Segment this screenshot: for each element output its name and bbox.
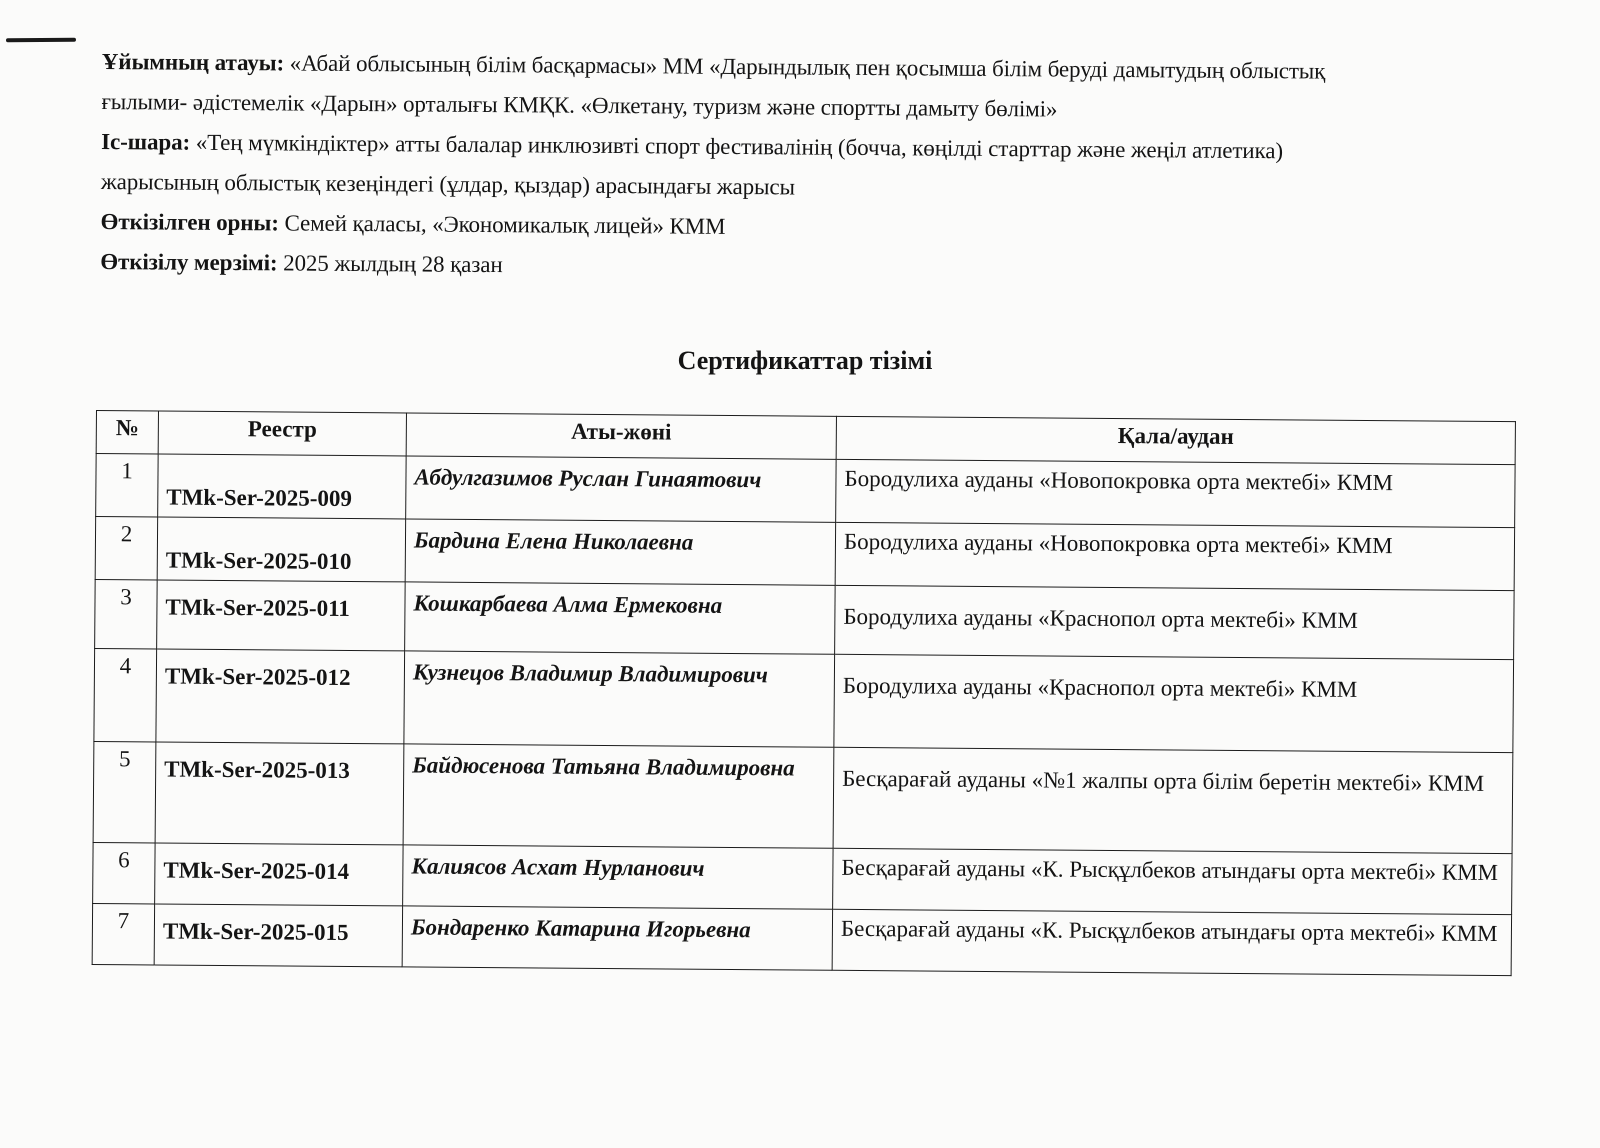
city-cell: Бесқарағай ауданы «К. Рысқұлбеков атында… xyxy=(833,848,1512,914)
document-header: Ұйымның атауы: «Абай облысының білім бас… xyxy=(100,42,1572,294)
document-title: Сертификаттар тізімі xyxy=(0,346,1600,376)
column-header-registry: Реестр xyxy=(158,411,406,456)
participant-name: Калиясов Асхат Нурланович xyxy=(411,845,824,885)
participant-name: Бардина Елена Николаевна xyxy=(414,520,827,560)
row-number: 1 xyxy=(96,454,158,517)
city-cell: Бесқарағай ауданы «№1 жалпы орта білім б… xyxy=(833,747,1513,853)
city-cell: Бородулиха ауданы «Краснопол орта мектеб… xyxy=(835,585,1515,659)
certificates-table-wrap: № Реестр Аты-жөні Қала/аудан 1 TMk-Ser-2… xyxy=(92,410,1516,976)
registry-id: TMk-Ser-2025-009 xyxy=(166,455,397,516)
column-header-name: Аты-жөні xyxy=(406,413,836,459)
name-cell: Байдюсенова Татьяна Владимировна xyxy=(403,744,834,848)
school-district: Бесқарағай ауданы «№1 жалпы орта білім б… xyxy=(842,748,1504,800)
registry-cell: TMk-Ser-2025-013 xyxy=(155,742,404,845)
school-district: Бородулиха ауданы «Новопокровка орта мек… xyxy=(844,460,1506,500)
registry-id: TMk-Ser-2025-010 xyxy=(166,518,397,579)
column-header-city: Қала/аудан xyxy=(836,416,1515,464)
row-number: 4 xyxy=(94,648,157,741)
school-district: Бородулиха ауданы «Краснопол орта мектеб… xyxy=(843,586,1505,638)
date-text: 2025 жылдың 28 қазан xyxy=(277,250,502,277)
row-number: 2 xyxy=(95,517,157,580)
registry-id: TMk-Ser-2025-012 xyxy=(165,650,396,695)
registry-cell: TMk-Ser-2025-015 xyxy=(154,904,402,967)
school-district: Бородулиха ауданы «Новопокровка орта мек… xyxy=(844,523,1506,563)
organization-text-1: «Абай облысының білім басқармасы» ММ «Да… xyxy=(284,50,1325,83)
table-row: 2 TMk-Ser-2025-010 Бардина Елена Николае… xyxy=(95,517,1514,591)
table-row: 7 TMk-Ser-2025-015 Бондаренко Катарина И… xyxy=(92,903,1511,975)
name-cell: Кошкарбаева Алма Ермековна xyxy=(405,582,836,654)
registry-id: TMk-Ser-2025-014 xyxy=(163,844,394,889)
event-text-1: «Тең мүмкіндіктер» атты балалар инклюзив… xyxy=(190,130,1283,164)
registry-id: TMk-Ser-2025-011 xyxy=(165,581,396,626)
name-cell: Бардина Елена Николаевна xyxy=(405,519,835,585)
city-cell: Бородулиха ауданы «Новопокровка орта мек… xyxy=(835,522,1514,590)
school-district: Бородулиха ауданы «Краснопол орта мектеб… xyxy=(843,655,1505,707)
school-district: Бесқарағай ауданы «К. Рысқұлбеков атында… xyxy=(841,910,1503,950)
row-number: 3 xyxy=(95,579,158,648)
city-cell: Бородулиха ауданы «Краснопол орта мектеб… xyxy=(834,654,1514,752)
venue-label: Өткізілген орны: xyxy=(100,209,278,235)
row-number: 7 xyxy=(92,903,154,964)
organization-text-2: ғылыми- әдістемелік «Дарын» орталығы КМҚ… xyxy=(101,89,1057,122)
participant-name: Байдюсенова Татьяна Владимировна xyxy=(412,744,825,784)
venue-text: Семей қаласы, «Экономикалық лицей» КММ xyxy=(279,210,726,239)
participant-name: Кошкарбаева Алма Ермековна xyxy=(413,583,826,623)
table-row: 5 TMk-Ser-2025-013 Байдюсенова Татьяна В… xyxy=(93,741,1513,853)
name-cell: Абдулгазимов Руслан Гинаятович xyxy=(406,456,836,522)
registry-cell: TMk-Ser-2025-012 xyxy=(156,649,405,744)
name-cell: Кузнецов Владимир Владимирович xyxy=(404,651,835,747)
column-header-number: № xyxy=(96,411,158,454)
row-number: 5 xyxy=(93,741,156,842)
event-label: Іс-шара: xyxy=(101,129,190,155)
date-label: Өткізілу мерзімі: xyxy=(100,249,277,275)
registry-cell: TMk-Ser-2025-010 xyxy=(157,517,405,582)
registry-cell: TMk-Ser-2025-014 xyxy=(155,843,403,906)
registry-cell: TMk-Ser-2025-011 xyxy=(157,580,406,651)
city-cell: Бесқарағай ауданы «К. Рысқұлбеков атында… xyxy=(832,909,1511,975)
participant-name: Бондаренко Катарина Игорьевна xyxy=(411,906,824,946)
registry-cell: TMk-Ser-2025-009 xyxy=(158,454,406,519)
row-number: 6 xyxy=(93,842,155,903)
name-cell: Калиясов Асхат Нурланович xyxy=(403,845,833,909)
school-district: Бесқарағай ауданы «К. Рысқұлбеков атында… xyxy=(841,849,1503,889)
registry-id: TMk-Ser-2025-013 xyxy=(164,743,395,788)
city-cell: Бородулиха ауданы «Новопокровка орта мек… xyxy=(836,459,1515,527)
registry-id: TMk-Ser-2025-015 xyxy=(163,905,394,950)
table-row: 6 TMk-Ser-2025-014 Калиясов Асхат Нурлан… xyxy=(93,842,1512,914)
participant-name: Абдулгазимов Руслан Гинаятович xyxy=(414,457,827,497)
participant-name: Кузнецов Владимир Владимирович xyxy=(413,651,826,691)
event-text-2: жарысының облыстық кезеңіндегі (ұлдар, қ… xyxy=(101,169,795,199)
name-cell: Бондаренко Катарина Игорьевна xyxy=(402,906,832,970)
table-row: 3 TMk-Ser-2025-011 Кошкарбаева Алма Ерме… xyxy=(95,579,1514,659)
table-row: 1 TMk-Ser-2025-009 Абдулгазимов Руслан Г… xyxy=(96,454,1515,528)
certificates-table: № Реестр Аты-жөні Қала/аудан 1 TMk-Ser-2… xyxy=(92,410,1516,976)
corner-mark xyxy=(6,38,76,42)
organization-label: Ұйымның атауы: xyxy=(102,49,284,75)
scanned-document-page: Ұйымның атауы: «Абай облысының білім бас… xyxy=(0,0,1600,1148)
table-row: 4 TMk-Ser-2025-012 Кузнецов Владимир Вла… xyxy=(94,648,1514,752)
